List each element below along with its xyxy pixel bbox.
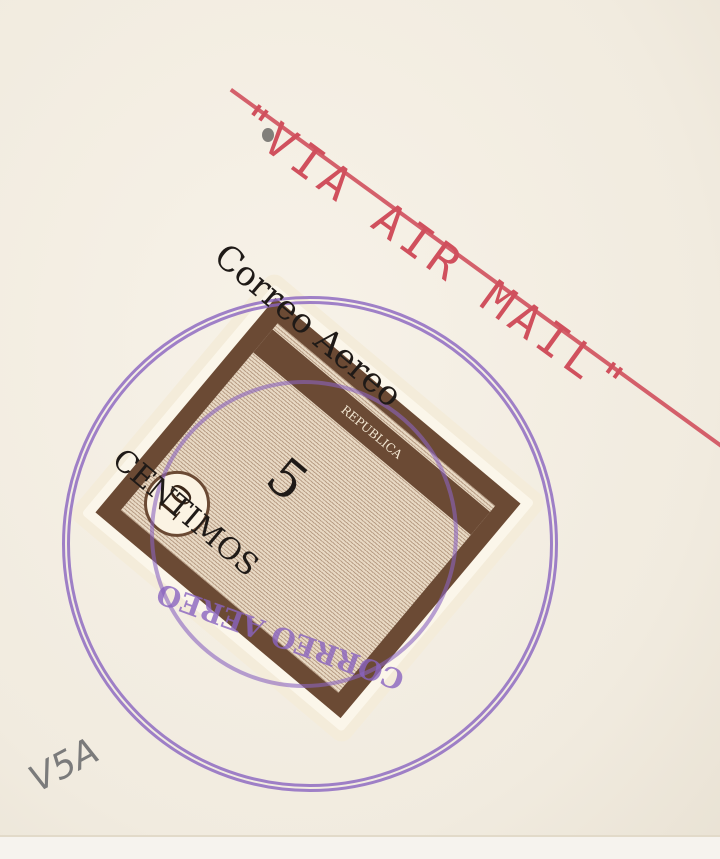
envelope-edge (0, 835, 720, 859)
